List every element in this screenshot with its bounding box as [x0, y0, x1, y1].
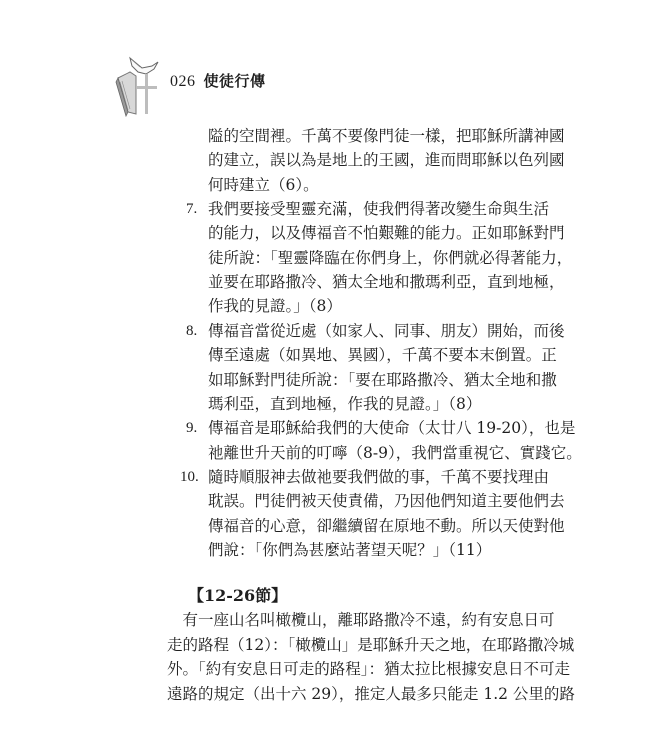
section-heading: 【12-26節】 [188, 586, 287, 606]
text-line: 祂離世升天前的叮嚀（8-9），我們當重視它、實踐它。 [208, 443, 510, 463]
text-line: 隘的空間裡。千萬不要像門徒一樣，把耶穌所講神國 [208, 126, 510, 146]
text-line: 傳至遠處（如異地、異國），千萬不要本末倒置。正 [208, 345, 510, 365]
text-line: 我們要接受聖靈充滿，使我們得著改變生命與生活 [208, 199, 510, 219]
text-line: 走的路程（12）：「橄欖山」是耶穌升天之地，在耶路撒冷城 [167, 635, 510, 655]
text-line: 遠路的規定（出十六 29），推定人最多只能走 1.2 公里的路 [167, 684, 510, 704]
page-number: 026 [170, 73, 196, 90]
text-line: 徒所說：「聖靈降臨在你們身上，你們就必得著能力， [208, 248, 510, 268]
text-line: 的能力，以及傳福音不怕艱難的能力。正如耶穌對門 [208, 223, 510, 243]
text-line: 有一座山名叫橄欖山，離耶路撒冷不遠，約有安息日可 [167, 610, 510, 630]
dove-bible-cross-icon [112, 56, 174, 118]
text-line: 隨時順服神去做祂要我們做的事，千萬不要找理由 [208, 467, 510, 487]
list-number: 10. [180, 467, 199, 487]
text-line: 們說：「你們為甚麼站著望天呢？」（11） [208, 540, 510, 560]
running-head: 026使徒行傳 [170, 70, 266, 91]
text-line: 傳福音當從近處（如家人、同事、朋友）開始，而後 [208, 321, 510, 341]
text-line: 的建立，誤以為是地上的王國，進而問耶穌以色列國 [208, 150, 510, 170]
list-number: 7. [186, 199, 197, 219]
list-number: 9. [186, 418, 197, 438]
list-number: 8. [186, 321, 197, 341]
text-line: 外。「約有安息日可走的路程」：猶太拉比根據安息日不可走 [167, 659, 510, 679]
text-line: 如耶穌對門徒所說：「要在耶路撒冷、猶太全地和撒 [208, 370, 510, 390]
text-line: 作我的見證。」（8） [208, 296, 510, 316]
text-line: 何時建立（6）。 [208, 175, 510, 195]
book-title: 使徒行傳 [204, 72, 266, 90]
text-line: 傳福音是耶穌給我們的大使命（太廿八 19-20），也是 [208, 418, 510, 438]
text-line: 瑪利亞，直到地極，作我的見證。」（8） [208, 394, 510, 414]
text-line: 耽誤。門徒們被天使責備，乃因他們知道主要他們去 [208, 491, 510, 511]
text-line: 傳福音的心意，卻繼續留在原地不動。所以天使對他 [208, 516, 510, 536]
text-line: 並要在耶路撒冷、猶太全地和撒瑪利亞，直到地極， [208, 272, 510, 292]
